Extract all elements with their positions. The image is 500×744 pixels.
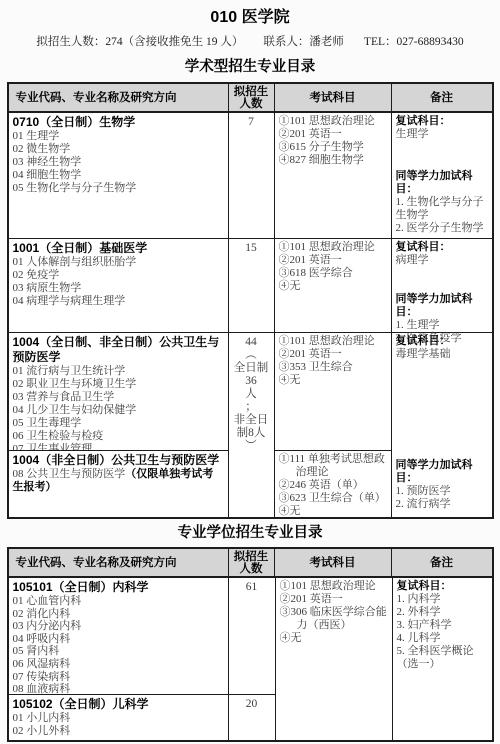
text-line: ③615 分子生物学: [279, 141, 387, 154]
program-code-title: 1001（全日制）基础医学: [13, 241, 224, 256]
count-cell: 15: [228, 239, 274, 332]
program-code-title: 1004（非全日制）公共卫生与预防医学: [13, 453, 224, 468]
text-line: 02 职业卫生与环境卫生学: [13, 378, 224, 391]
academic-programs-table: 专业代码、专业名称及研究方向 拟招生人数 考试科目 备注 0710（全日制）生物…: [7, 82, 494, 519]
text-line: 2. 外科学: [397, 606, 488, 619]
major-count-group: 105101（全日制）内科学 01 心血管内科02 消化内科03 内分泌内科04…: [9, 578, 275, 740]
academic-section-title: 学术型招生专业目录: [0, 59, 500, 76]
retest-subjects-label: 复试科目：: [396, 335, 488, 348]
text-line: 2. 医学分子生物学: [396, 222, 488, 235]
text-line: ④无: [279, 505, 387, 517]
exam-cell-group: ①101 思想政治理论②201 英语一③353 卫生综合④无 ①111 单独考试…: [274, 333, 391, 517]
text-line: 02 微生物学: [13, 143, 224, 156]
text-line: 06 风湿病科: [13, 658, 224, 671]
text-line: ④无: [279, 280, 387, 293]
program-code-title: 105101（全日制）内科学: [13, 580, 224, 595]
exam-cell: ①101 思想政治理论②201 英语一③615 分子生物学④827 细胞生物学: [274, 113, 391, 238]
header-info-line: 拟招生人数：274（含接收推免生 19 人） 联系人：潘老师 TEL：027-6…: [0, 35, 500, 49]
text-line: ①101 思想政治理论: [279, 115, 387, 128]
text-line: 病理学: [396, 254, 488, 267]
text-line: ①101 思想政治理论: [279, 241, 387, 254]
major-cell: 105101（全日制）内科学 01 心血管内科02 消化内科03 内分泌内科04…: [9, 578, 228, 694]
text-line: 01 心血管内科: [13, 595, 224, 608]
text-line: 1. 内科学: [397, 593, 488, 606]
column-header-major: 专业代码、专业名称及研究方向: [9, 549, 228, 576]
note-cell: 复试科目： 病理学 同等学力加试科目： 1. 生理学2. 医学免疫学: [391, 239, 492, 332]
text-line: 01 流行病与卫生统计学: [13, 365, 224, 378]
exam-cell: ①101 思想政治理论②201 英语一③618 医学综合④无: [274, 239, 391, 332]
table-header-row: 专业代码、专业名称及研究方向 拟招生人数 考试科目 备注: [9, 84, 492, 113]
text-line: ②201 英语一: [279, 254, 387, 267]
count-cell: 20: [228, 695, 275, 740]
table-header-row: 专业代码、专业名称及研究方向 拟招生人数 考试科目 备注: [9, 549, 492, 578]
major-cell-group: 1004（全日制、非全日制）公共卫生与预防医学 01 流行病与卫生统计学02 职…: [9, 333, 228, 517]
major-cell-parttime: 1004（非全日制）公共卫生与预防医学 08 公共卫生与预防医学（仅限单独考试考…: [9, 450, 228, 517]
program-code-title: 1004（全日制、非全日制）公共卫生与预防医学: [13, 335, 224, 365]
column-header-exam: 考试科目: [274, 84, 391, 111]
extra-test-label: 同等学力加试科目：: [396, 293, 488, 319]
contact-info: 联系人：潘老师: [263, 35, 344, 49]
text-line: 03 营养与食品卫生学: [13, 391, 224, 404]
program-code-title: 0710（全日制）生物学: [13, 115, 224, 130]
text-line: ①111 单独考试思想政治理论: [279, 453, 387, 479]
text-line: 02 免疫学: [13, 269, 224, 282]
research-direction: 08 公共卫生与预防医学（仅限单独考试考生报考）: [13, 468, 224, 494]
text-line: 生理学: [396, 128, 488, 141]
extra-test-label: 同等学力加试科目：: [396, 459, 488, 485]
text-line: 01 生理学: [13, 130, 224, 143]
column-header-count: 拟招生人数: [228, 549, 274, 576]
text-line: 3. 妇产科学: [397, 619, 488, 632]
extra-test-label: 同等学力加试科目：: [396, 170, 488, 196]
exam-cell-fulltime: ①101 思想政治理论②201 英语一③353 卫生综合④无: [275, 333, 391, 450]
text-line: （选一）: [397, 658, 488, 671]
text-line: 1. 预防医学: [396, 485, 488, 498]
text-line: 毒理学基础: [396, 348, 488, 361]
retest-subjects-label: 复试科目：: [396, 115, 488, 128]
research-directions: 01 人体解剖与组织胚胎学02 免疫学03 病原生物学04 病理学与病理生理学: [13, 256, 224, 308]
major-cell: 0710（全日制）生物学 01 生理学02 微生物学03 神经生物学04 细胞生…: [9, 113, 228, 238]
text-line: ③306 临床医学综合能力（西医）: [280, 606, 388, 632]
retest-subjects: 病理学: [396, 254, 488, 267]
count-cell: 7: [228, 113, 274, 238]
row-group-1004-public-health: 1004（全日制、非全日制）公共卫生与预防医学 01 流行病与卫生统计学02 职…: [9, 333, 492, 517]
major-cell: 1001（全日制）基础医学 01 人体解剖与组织胚胎学02 免疫学03 病原生物…: [9, 239, 228, 332]
direction-text: 08 公共卫生与预防医学: [13, 468, 126, 480]
exam-cell-parttime: ①111 单独考试思想政治理论②246 英语（单）③623 卫生综合（单）④无: [275, 450, 391, 517]
note-cell: 复试科目： 生理学 同等学力加试科目： 1. 生物化学与分子生物学2. 医学分子…: [391, 113, 492, 238]
text-line: ③618 医学综合: [279, 267, 387, 280]
text-line: 5. 全科医学概论: [397, 645, 488, 658]
text-line: 02 消化内科: [13, 608, 224, 621]
tel-info: TEL：027-68893430: [364, 35, 464, 49]
text-line: 04 病理学与病理生理学: [13, 295, 224, 308]
program-code-title: 105102（全日制）儿科学: [13, 697, 224, 712]
text-line: 02 小儿外科: [13, 725, 224, 738]
text-line: ④无: [280, 632, 388, 645]
text-line: ②201 英语一: [280, 593, 388, 606]
text-line: ③353 卫生综合: [279, 361, 387, 374]
extra-test-subjects: 1. 生物化学与分子生物学2. 医学分子生物学: [396, 196, 488, 235]
research-directions: 01 流行病与卫生统计学02 职业卫生与环境卫生学03 营养与食品卫生学04 儿…: [13, 365, 224, 450]
enrollment-info: 拟招生人数：274（含接收推免生 19 人）: [36, 35, 243, 49]
text-line: 01 人体解剖与组织胚胎学: [13, 256, 224, 269]
text-line: 1. 生物化学与分子生物学: [396, 196, 488, 222]
row-105101-internal-medicine: 105101（全日制）内科学 01 心血管内科02 消化内科03 内分泌内科04…: [9, 578, 275, 694]
text-line: ①101 思想政治理论: [280, 580, 388, 593]
extra-test-subjects: 1. 预防医学2. 流行病学: [396, 485, 488, 511]
text-line: 04 儿少卫生与妇幼保健学: [13, 404, 224, 417]
row-105102-pediatrics: 105102（全日制）儿科学 01 小儿内科02 小儿外科 20: [9, 694, 275, 740]
text-line: 01 小儿内科: [13, 712, 224, 725]
column-header-count: 拟招生人数: [228, 84, 274, 111]
text-line: 05 生物化学与分子生物学: [13, 182, 224, 195]
retest-subjects: 1. 内科学2. 外科学3. 妇产科学4. 儿科学5. 全科医学概论（选一）: [397, 593, 488, 671]
text-line: 03 内分泌内科: [13, 620, 224, 633]
text-line: ②201 英语一: [279, 128, 387, 141]
text-line: 04 呼吸内科: [13, 633, 224, 646]
document-page: 010 医学院 拟招生人数：274（含接收推免生 19 人） 联系人：潘老师 T…: [0, 8, 500, 742]
exam-cell-merged: ①101 思想政治理论②201 英语一③306 临床医学综合能力（西医）④无: [275, 578, 392, 740]
professional-programs-table: 专业代码、专业名称及研究方向 拟招生人数 考试科目 备注 105101（全日制）…: [7, 547, 494, 742]
retest-subjects: 生理学: [396, 128, 488, 141]
retest-subjects-label: 复试科目：: [397, 580, 488, 593]
column-header-major: 专业代码、专业名称及研究方向: [9, 84, 228, 111]
count-cell: 61: [228, 578, 275, 694]
row-group-clinical: 105101（全日制）内科学 01 心血管内科02 消化内科03 内分泌内科04…: [9, 578, 492, 740]
page-title: 010 医学院: [0, 8, 500, 27]
text-line: ②246 英语（单）: [279, 479, 387, 492]
text-line: 06 卫生检验与检疫: [13, 430, 224, 443]
text-line: 07 卫生事业管理: [13, 443, 224, 450]
text-line: ④827 细胞生物学: [279, 154, 387, 167]
column-header-exam: 考试科目: [274, 549, 391, 576]
research-directions: 01 小儿内科02 小儿外科: [13, 712, 224, 738]
text-line: 07 传染病科: [13, 671, 224, 684]
text-line: ③623 卫生综合（单）: [279, 492, 387, 505]
text-line: 05 卫生毒理学: [13, 417, 224, 430]
major-cell-fulltime: 1004（全日制、非全日制）公共卫生与预防医学 01 流行病与卫生统计学02 职…: [9, 333, 228, 450]
text-line: 03 神经生物学: [13, 156, 224, 169]
text-line: 05 肾内科: [13, 645, 224, 658]
column-header-note: 备注: [391, 84, 492, 111]
major-cell: 105102（全日制）儿科学 01 小儿内科02 小儿外科: [9, 695, 228, 740]
professional-section-title: 专业学位招生专业目录: [0, 525, 500, 542]
text-line: 2. 流行病学: [396, 498, 488, 511]
note-cell-merged: 复试科目： 1. 内科学2. 外科学3. 妇产科学4. 儿科学5. 全科医学概论…: [392, 578, 492, 740]
row-1001-basic-medicine: 1001（全日制）基础医学 01 人体解剖与组织胚胎学02 免疫学03 病原生物…: [9, 239, 492, 333]
text-line: 1. 生理学: [396, 319, 488, 332]
text-line: 4. 儿科学: [397, 632, 488, 645]
row-0710-biology: 0710（全日制）生物学 01 生理学02 微生物学03 神经生物学04 细胞生…: [9, 113, 492, 239]
text-line: 04 细胞生物学: [13, 169, 224, 182]
text-line: ①101 思想政治理论: [279, 335, 387, 348]
retest-subjects-label: 复试科目：: [396, 241, 488, 254]
retest-subjects: 毒理学基础: [396, 348, 488, 361]
count-cell-merged: 44 ︵ 全日制 36 人 ； 非全日 制8人 ︶: [228, 333, 274, 517]
text-line: ④无: [279, 374, 387, 387]
text-line: 08 血液病科: [13, 683, 224, 694]
column-header-note: 备注: [391, 549, 492, 576]
note-cell-merged: 复试科目： 毒理学基础 同等学力加试科目： 1. 预防医学2. 流行病学: [391, 333, 492, 517]
text-line: ②201 英语一: [279, 348, 387, 361]
research-directions: 01 生理学02 微生物学03 神经生物学04 细胞生物学05 生物化学与分子生…: [13, 130, 224, 195]
research-directions: 01 心血管内科02 消化内科03 内分泌内科04 呼吸内科05 肾内科06 风…: [13, 595, 224, 694]
text-line: 03 病原生物学: [13, 282, 224, 295]
